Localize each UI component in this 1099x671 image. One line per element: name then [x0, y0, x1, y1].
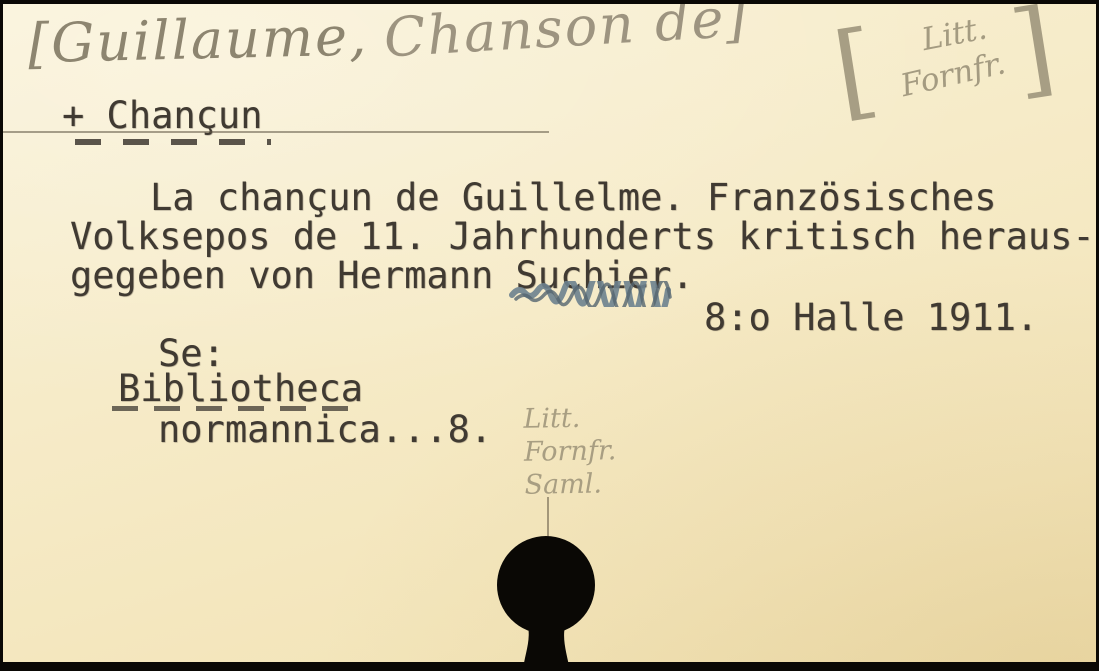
series-continuation: normannica...8.	[158, 410, 492, 449]
body-line-3-prefix: gegeben von Hermann	[70, 254, 516, 297]
shelf-note-line2: Fornfr.	[524, 434, 617, 469]
handwritten-heading: [Guillaume,Chanson de]	[27, 0, 749, 75]
body-line-2: Volksepos de 11. Jahrhunderts kritisch h…	[70, 217, 1095, 256]
shelf-note-line1: Litt.	[523, 401, 616, 436]
scan-edge-left	[0, 0, 3, 671]
series-title: Bibliotheca	[118, 369, 363, 408]
shelf-note: Litt. Fornfr. Saml.	[523, 401, 617, 502]
imprint-line: 8:o Halle 1911.	[704, 298, 1038, 337]
classification-lines: Litt. Fornfr.	[891, 7, 1008, 103]
shelf-note-line3: Saml.	[524, 467, 617, 502]
body-line-1: La chançun de Guillelme. Französisches	[150, 178, 996, 217]
scribble-underline-icon	[508, 281, 686, 307]
subject-dash-underline	[75, 139, 271, 145]
open-bracket: [	[827, 15, 883, 124]
ruled-line	[0, 131, 549, 133]
body-line-3: gegeben von Hermann Suchier.	[70, 256, 694, 295]
close-bracket: ]	[1005, 0, 1061, 102]
punch-hole-icon	[488, 530, 610, 671]
classification-note: [ Litt. Fornfr. ]	[827, 0, 1060, 125]
crossed-out-name: Suchier	[516, 256, 672, 295]
scan-edge-bottom	[0, 662, 1099, 671]
heading-name: [Guillaume,	[27, 4, 368, 75]
scan-edge-top	[0, 0, 1099, 4]
heading-subtitle: Chanson de]	[382, 0, 750, 69]
catalog-card-scan: [Guillaume,Chanson de] [ Litt. Fornfr. ]…	[0, 0, 1099, 671]
subject-heading: + Chançun	[62, 96, 262, 135]
